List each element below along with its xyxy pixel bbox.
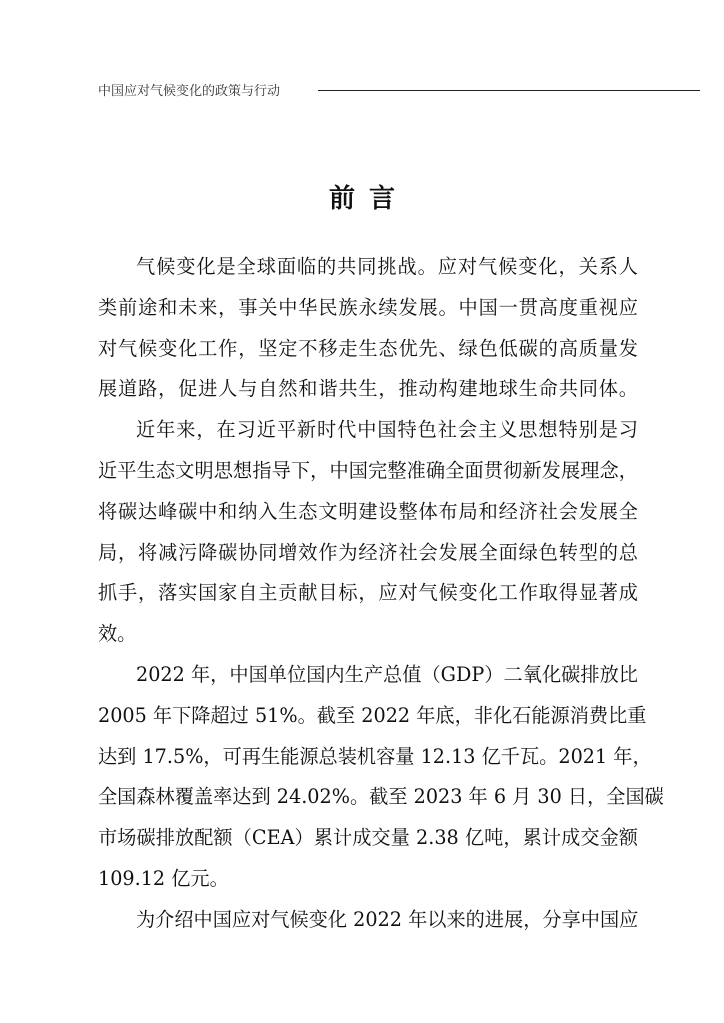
running-title: 中国应对气候变化的政策与行动 [98, 80, 280, 99]
text-line: 类前途和未来，事关中华民族永续发展。中国一贯高度重视应 [98, 288, 638, 329]
text-line: 近平生态文明思想指导下，中国完整准确全面贯彻新发展理念， [98, 451, 638, 492]
text-line: 效。 [98, 614, 638, 655]
text-line: 对气候变化工作，坚定不移走生态优先、绿色低碳的高质量发 [98, 329, 638, 370]
paragraph-4: 为介绍中国应对气候变化 2022 年以来的进展，分享中国应 [98, 900, 638, 941]
paragraph-2: 近年来，在习近平新时代中国特色社会主义思想特别是习 近平生态文明思想指导下，中国… [98, 410, 638, 655]
running-header: 中国应对气候变化的政策与行动 1 [98, 80, 638, 100]
text-line: 局，将减污降碳协同增效作为经济社会发展全面绿色转型的总 [98, 533, 638, 574]
paragraph-1: 气候变化是全球面临的共同挑战。应对气候变化，关系人 类前途和未来，事关中华民族永… [98, 247, 638, 410]
text-line: 2022 年，中国单位国内生产总值（GDP）二氧化碳排放比 [98, 655, 638, 696]
text-line: 近年来，在习近平新时代中国特色社会主义思想特别是习 [98, 410, 638, 451]
text-line: 109.12 亿元。 [98, 859, 638, 900]
text-line: 将碳达峰碳中和纳入生态文明建设整体布局和经济社会发展全 [98, 492, 638, 533]
body-text: 气候变化是全球面临的共同挑战。应对气候变化，关系人 类前途和未来，事关中华民族永… [98, 247, 638, 941]
text-line: 抓手，落实国家自主贡献目标，应对气候变化工作取得显著成 [98, 573, 638, 614]
text-line: 气候变化是全球面临的共同挑战。应对气候变化，关系人 [98, 247, 638, 288]
paragraph-3: 2022 年，中国单位国内生产总值（GDP）二氧化碳排放比 2005 年下降超过… [98, 655, 638, 900]
header-rule [318, 90, 700, 91]
text-line: 达到 17.5%，可再生能源总装机容量 12.13 亿千瓦。2021 年， [98, 737, 638, 778]
text-line: 市场碳排放配额（CEA）累计成交量 2.38 亿吨，累计成交金额 [98, 818, 638, 859]
text-line: 展道路，促进人与自然和谐共生，推动构建地球生命共同体。 [98, 369, 638, 410]
page-title: 前言 [0, 178, 724, 215]
text-line: 为介绍中国应对气候变化 2022 年以来的进展，分享中国应 [98, 900, 638, 941]
text-line: 全国森林覆盖率达到 24.02%。截至 2023 年 6 月 30 日，全国碳 [98, 777, 638, 818]
text-line: 2005 年下降超过 51%。截至 2022 年底，非化石能源消费比重 [98, 696, 638, 737]
